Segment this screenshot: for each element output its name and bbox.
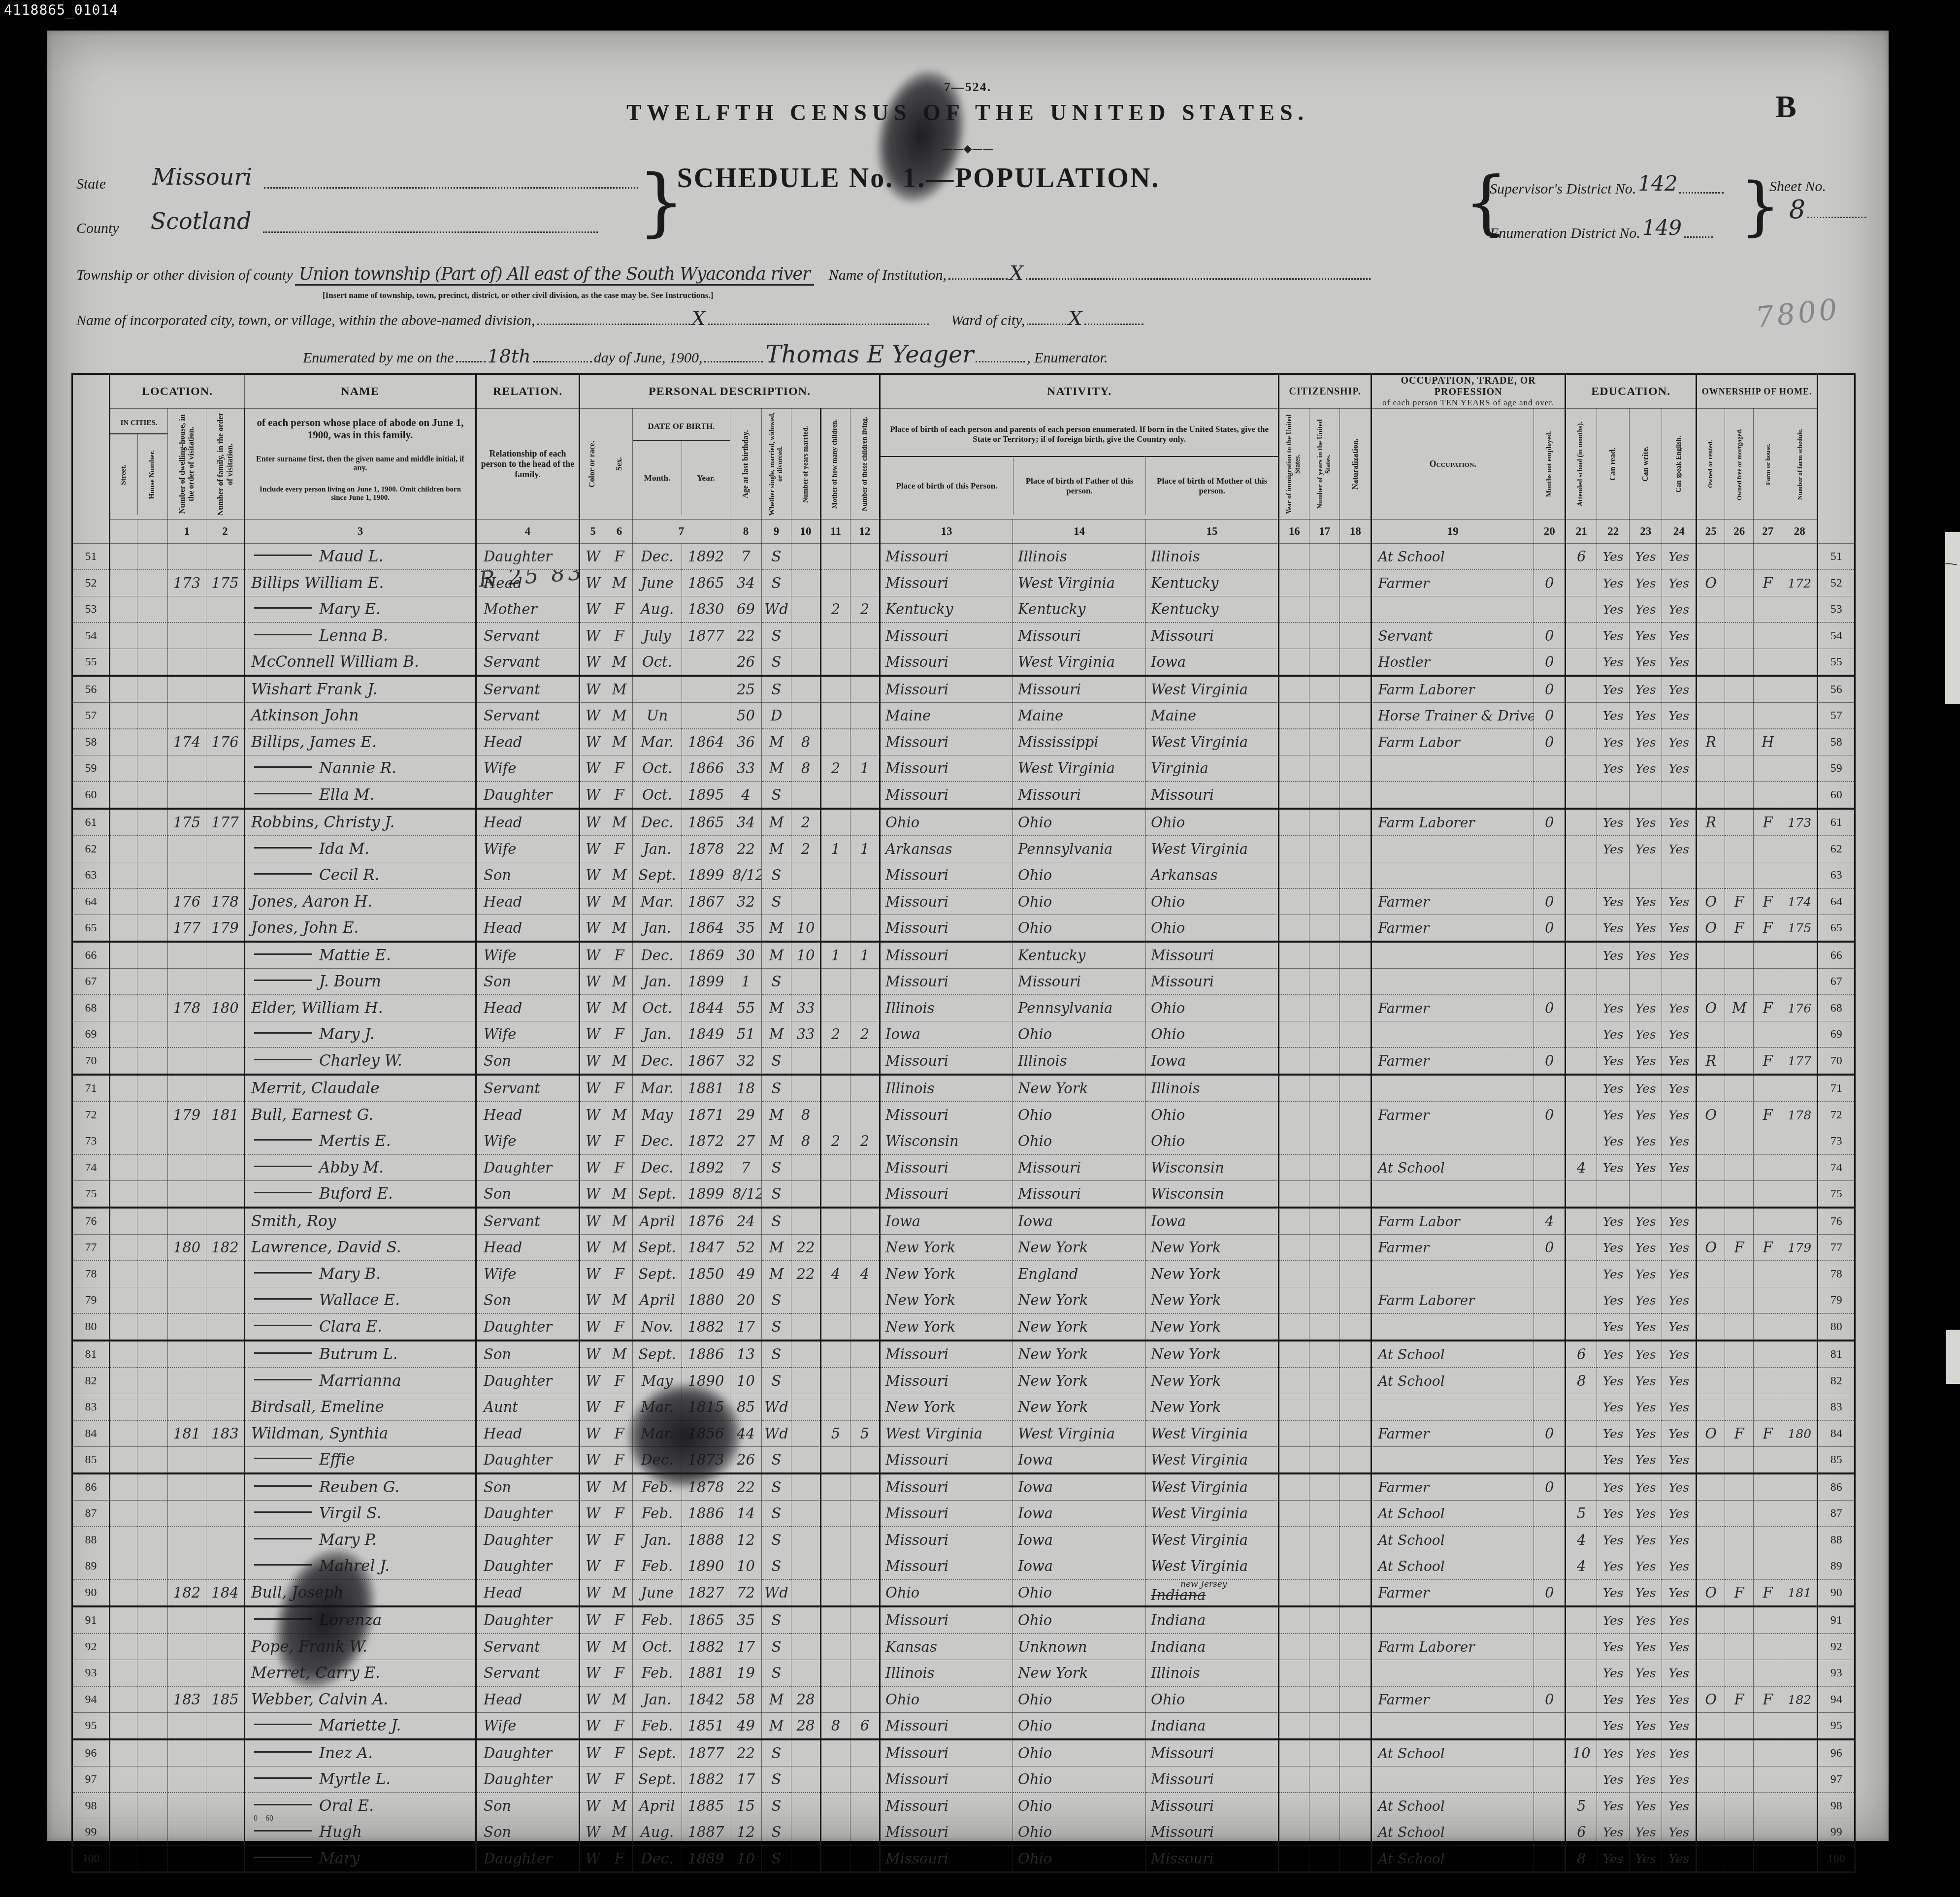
cell-months-not-employed bbox=[1534, 1845, 1566, 1872]
row-number-left: 82 bbox=[72, 1368, 110, 1394]
cell-farm-schedule bbox=[1782, 676, 1818, 703]
cell-years-in-us bbox=[1309, 836, 1340, 862]
cell-street bbox=[110, 1579, 137, 1606]
cell-color: W bbox=[580, 1075, 606, 1102]
cell-free-mortgaged bbox=[1725, 1713, 1754, 1740]
cell-color: W bbox=[580, 1766, 606, 1793]
cell-occupation: Farm Laborer bbox=[1372, 1634, 1534, 1660]
occupation-title: OCCUPATION, TRADE, OR PROFESSION bbox=[1372, 375, 1564, 398]
cell-occupation: At School bbox=[1372, 1527, 1534, 1553]
cell-birthplace-father: Ohio bbox=[1013, 1102, 1146, 1128]
cell-color: W bbox=[580, 1501, 606, 1527]
cell-relation: Daughter bbox=[476, 1553, 580, 1580]
col-num: 26 bbox=[1725, 520, 1754, 544]
cell-can-speak-english: Yes bbox=[1662, 703, 1697, 729]
cell-birthplace-mother: Missouri bbox=[1146, 969, 1279, 995]
enumerated-pre: Enumerated by me on the bbox=[303, 350, 454, 366]
cell-birthplace-person: New York bbox=[880, 1313, 1013, 1341]
cell-dwelling-number bbox=[168, 782, 206, 809]
cell-birth-year: 1881 bbox=[682, 1075, 730, 1102]
cell-children-living bbox=[850, 622, 880, 649]
cell-attended-school bbox=[1566, 862, 1597, 889]
cell-birthplace-person: Missouri bbox=[880, 1606, 1013, 1634]
cell-birthplace-mother: Ohio bbox=[1146, 1686, 1279, 1713]
cell-age: 10 bbox=[730, 1368, 762, 1394]
cell-immigration-year bbox=[1279, 782, 1309, 809]
cell-name: Clara E. bbox=[245, 1313, 476, 1341]
cell-mother-of bbox=[821, 1154, 850, 1181]
cell-can-speak-english: Yes bbox=[1662, 1394, 1697, 1421]
cell-birthplace-father: Mississippi bbox=[1013, 729, 1146, 755]
cell-immigration-year bbox=[1279, 1368, 1309, 1394]
cell-mother-of bbox=[821, 1181, 850, 1208]
cell-owned-rented bbox=[1697, 782, 1725, 809]
cell-birth-year: 1815 bbox=[682, 1394, 730, 1421]
cell-farm-schedule bbox=[1782, 969, 1818, 995]
township-field: Township or other division of county Uni… bbox=[76, 262, 1371, 285]
cell-name: Butrum L. bbox=[245, 1341, 476, 1368]
cell-birthplace-person: Iowa bbox=[880, 1021, 1013, 1048]
name-column-label: of each person whose place of abode on J… bbox=[245, 409, 476, 520]
cell-years-married bbox=[791, 622, 821, 649]
row-number-left: 94 bbox=[72, 1686, 110, 1713]
cell-years-married bbox=[791, 1154, 821, 1181]
cell-house-number bbox=[137, 1368, 168, 1394]
cell-color: W bbox=[580, 622, 606, 649]
cell-color: W bbox=[580, 1341, 606, 1368]
cell-birthplace-father: Ohio bbox=[1013, 1128, 1146, 1155]
cell-color: W bbox=[580, 836, 606, 862]
cell-birthplace-father: New York bbox=[1013, 1660, 1146, 1687]
cell-street bbox=[110, 729, 137, 755]
cell-house-number bbox=[137, 676, 168, 703]
cell-birthplace-person: Missouri bbox=[880, 1845, 1013, 1872]
cell-occupation: Farm Labor bbox=[1372, 1208, 1534, 1235]
cell-sex: M bbox=[606, 1686, 633, 1713]
cell-dwelling-number bbox=[168, 1021, 206, 1048]
cell-occupation: Farmer bbox=[1372, 1686, 1534, 1713]
col-num: 5 bbox=[580, 520, 606, 544]
cell-can-read: Yes bbox=[1597, 755, 1630, 782]
cell-family-number bbox=[206, 836, 245, 862]
cell-months-not-employed bbox=[1534, 1660, 1566, 1687]
cell-farm-schedule bbox=[1782, 1181, 1818, 1208]
cell-age: 32 bbox=[730, 1047, 762, 1075]
cell-years-married bbox=[791, 1766, 821, 1793]
cell-birth-month: Dec. bbox=[633, 1154, 682, 1181]
cell-birthplace-mother: West Virginia bbox=[1146, 1501, 1279, 1527]
cell-color: W bbox=[580, 1845, 606, 1872]
row-number-left: 97 bbox=[72, 1766, 110, 1793]
cell-relation: Daughter bbox=[476, 1447, 580, 1474]
cell-immigration-year bbox=[1279, 1102, 1309, 1128]
cell-can-speak-english: Yes bbox=[1662, 1766, 1697, 1793]
cell-naturalization bbox=[1340, 1527, 1372, 1553]
cell-attended-school bbox=[1566, 1686, 1597, 1713]
cell-birthplace-mother: West Virginia bbox=[1146, 1527, 1279, 1553]
cell-farm-schedule bbox=[1782, 1261, 1818, 1287]
cell-years-in-us bbox=[1309, 1527, 1340, 1553]
cell-free-mortgaged bbox=[1725, 1128, 1754, 1155]
street-column-label: Street. bbox=[120, 464, 128, 485]
children-living-column-label: Number of these children living. bbox=[850, 409, 880, 520]
cell-street bbox=[110, 1447, 137, 1474]
cell-years-married: 8 bbox=[791, 1128, 821, 1155]
cell-birthplace-person: Missouri bbox=[880, 1739, 1013, 1766]
cell-mother-of bbox=[821, 1473, 850, 1501]
cell-street bbox=[110, 1208, 137, 1235]
cell-birth-year bbox=[682, 703, 730, 729]
cell-can-speak-english: Yes bbox=[1662, 1075, 1697, 1102]
cell-relation: Head bbox=[476, 888, 580, 915]
cell-birthplace-father: West Virginia bbox=[1013, 755, 1146, 782]
cell-family-number bbox=[206, 1075, 245, 1102]
cell-sex: M bbox=[606, 809, 633, 836]
cell-birthplace-mother: Illinois bbox=[1146, 1075, 1279, 1102]
cell-owned-rented bbox=[1697, 1501, 1725, 1527]
cell-free-mortgaged: M bbox=[1725, 995, 1754, 1021]
cell-house-number bbox=[137, 622, 168, 649]
cell-months-not-employed: 0 bbox=[1534, 1235, 1566, 1261]
cell-birthplace-person: Illinois bbox=[880, 1660, 1013, 1687]
cell-free-mortgaged bbox=[1725, 1793, 1754, 1819]
cell-immigration-year bbox=[1279, 649, 1309, 676]
cell-owned-rented bbox=[1697, 1394, 1725, 1421]
cell-birthplace-father: Iowa bbox=[1013, 1208, 1146, 1235]
cell-free-mortgaged bbox=[1725, 1527, 1754, 1553]
cell-can-speak-english: Yes bbox=[1662, 1047, 1697, 1075]
cell-naturalization bbox=[1340, 755, 1372, 782]
cell-relation: Wife bbox=[476, 1128, 580, 1155]
enumerated-day: 18th bbox=[488, 345, 531, 367]
cell-owned-rented bbox=[1697, 596, 1725, 623]
cell-dwelling-number: 179 bbox=[168, 1102, 206, 1128]
cell-relation: Servant bbox=[476, 649, 580, 676]
cell-age: 36 bbox=[730, 729, 762, 755]
month-column-label: Month. bbox=[633, 441, 682, 515]
family-column-label: Number of family, in the order of visita… bbox=[206, 409, 245, 520]
cell-attended-school bbox=[1566, 915, 1597, 942]
cell-can-write: Yes bbox=[1630, 1313, 1662, 1341]
cell-free-mortgaged bbox=[1725, 1181, 1754, 1208]
cell-dwelling-number: 176 bbox=[168, 888, 206, 915]
cell-mother-of bbox=[821, 729, 850, 755]
cell-street bbox=[110, 570, 137, 596]
cell-immigration-year bbox=[1279, 1075, 1309, 1102]
row-number-right: 52 bbox=[1818, 570, 1855, 596]
cell-farm-house bbox=[1754, 1021, 1782, 1048]
cell-birthplace-mother: Indiana bbox=[1146, 1713, 1279, 1740]
cell-name: McConnell William B. bbox=[245, 649, 476, 676]
cell-farm-schedule bbox=[1782, 1793, 1818, 1819]
cell-months-not-employed bbox=[1534, 1634, 1566, 1660]
cell-can-speak-english: Yes bbox=[1662, 1473, 1697, 1501]
cell-birthplace-person: New York bbox=[880, 1261, 1013, 1287]
table-body: 51 Maud L. Daughter W F Dec. 1892 7 S Mi… bbox=[72, 544, 1855, 1873]
row-number-right: 77 bbox=[1818, 1235, 1855, 1261]
cell-house-number bbox=[137, 942, 168, 969]
cell-color: W bbox=[580, 1208, 606, 1235]
cell-dwelling-number bbox=[168, 1154, 206, 1181]
cell-birthplace-father: West Virginia bbox=[1013, 649, 1146, 676]
cell-family-number bbox=[206, 1793, 245, 1819]
cell-farm-house bbox=[1754, 676, 1782, 703]
cell-birthplace-person: Missouri bbox=[880, 1473, 1013, 1501]
row-number-right: 62 bbox=[1818, 836, 1855, 862]
attended-school-column-label: Attended school (in months). bbox=[1566, 409, 1597, 520]
cell-relation: Daughter bbox=[476, 1368, 580, 1394]
cell-birthplace-father: Ohio bbox=[1013, 1845, 1146, 1872]
cell-sex: F bbox=[606, 1021, 633, 1048]
cell-marital-status: M bbox=[762, 755, 791, 782]
cell-family-number: 182 bbox=[206, 1235, 245, 1261]
cell-color: W bbox=[580, 782, 606, 809]
cell-birthplace-person: New York bbox=[880, 1287, 1013, 1314]
cell-marital-status: S bbox=[762, 1819, 791, 1846]
state-value: Missouri bbox=[152, 164, 252, 190]
cell-birthplace-father: Missouri bbox=[1013, 622, 1146, 649]
cell-mother-of: 4 bbox=[821, 1261, 850, 1287]
cell-years-married bbox=[791, 969, 821, 995]
cell-farm-schedule bbox=[1782, 1208, 1818, 1235]
cell-owned-rented bbox=[1697, 649, 1725, 676]
cell-birth-year: 1871 bbox=[682, 1102, 730, 1128]
cell-occupation: Farm Laborer bbox=[1372, 809, 1534, 836]
cell-relation: Daughter bbox=[476, 1527, 580, 1553]
cell-years-in-us bbox=[1309, 676, 1340, 703]
row-number-left: 98 bbox=[72, 1793, 110, 1819]
row-number-left: 59 bbox=[72, 755, 110, 782]
cell-birthplace-mother: Ohio bbox=[1146, 1021, 1279, 1048]
cell-years-married bbox=[791, 1579, 821, 1606]
cell-birthplace-person: New York bbox=[880, 1394, 1013, 1421]
table-row: 86 Reuben G. Son W M Feb. 1878 22 S Miss… bbox=[72, 1473, 1855, 1501]
cell-occupation: At School bbox=[1372, 1501, 1534, 1527]
cell-years-in-us bbox=[1309, 1021, 1340, 1048]
cell-street bbox=[110, 1021, 137, 1048]
cell-can-write: Yes bbox=[1630, 729, 1662, 755]
cell-can-read: Yes bbox=[1597, 1819, 1630, 1846]
cell-relation: Head bbox=[476, 1420, 580, 1447]
cell-birthplace-mother: Iowa bbox=[1146, 1047, 1279, 1075]
row-number-left: 57 bbox=[72, 703, 110, 729]
cell-can-speak-english: Yes bbox=[1662, 1713, 1697, 1740]
cell-can-speak-english: Yes bbox=[1662, 1368, 1697, 1394]
row-number-left: 92 bbox=[72, 1634, 110, 1660]
cell-birthplace-father: Iowa bbox=[1013, 1553, 1146, 1580]
cell-mother-of bbox=[821, 1394, 850, 1421]
cell-marital-status: M bbox=[762, 729, 791, 755]
cell-free-mortgaged bbox=[1725, 703, 1754, 729]
cell-free-mortgaged bbox=[1725, 729, 1754, 755]
cell-farm-schedule: 175 bbox=[1782, 915, 1818, 942]
row-number-left: 68 bbox=[72, 995, 110, 1021]
cell-street bbox=[110, 1660, 137, 1687]
cell-mother-of bbox=[821, 1634, 850, 1660]
cell-years-married bbox=[791, 1447, 821, 1474]
cell-dwelling-number bbox=[168, 1341, 206, 1368]
state-field: State Missouri bbox=[76, 167, 584, 194]
row-number-right: 58 bbox=[1818, 729, 1855, 755]
row-number-right: 81 bbox=[1818, 1341, 1855, 1368]
cell-owned-rented: O bbox=[1697, 1102, 1725, 1128]
cell-years-in-us bbox=[1309, 703, 1340, 729]
cell-can-speak-english: Yes bbox=[1662, 1527, 1697, 1553]
cell-free-mortgaged bbox=[1725, 649, 1754, 676]
cell-occupation: Farmer bbox=[1372, 1420, 1534, 1447]
education-group-header: EDUCATION. bbox=[1566, 374, 1697, 409]
cell-can-read: Yes bbox=[1597, 915, 1630, 942]
cell-occupation: At School bbox=[1372, 1819, 1534, 1846]
cell-family-number bbox=[206, 862, 245, 889]
cell-relation: Head bbox=[476, 1579, 580, 1606]
cell-birth-year: 1882 bbox=[682, 1634, 730, 1660]
cell-color: W bbox=[580, 1739, 606, 1766]
cell-attended-school: 4 bbox=[1566, 1553, 1597, 1580]
col-num: 6 bbox=[606, 520, 633, 544]
mother-of-column-label: Mother of how many children. bbox=[821, 409, 850, 520]
cell-months-not-employed bbox=[1534, 942, 1566, 969]
cell-birthplace-mother: Missouri bbox=[1146, 1845, 1279, 1872]
cell-can-speak-english bbox=[1662, 782, 1697, 809]
cell-can-speak-english: Yes bbox=[1662, 729, 1697, 755]
cell-relation: Mother bbox=[476, 596, 580, 623]
row-number-left: 71 bbox=[72, 1075, 110, 1102]
cell-naturalization bbox=[1340, 995, 1372, 1021]
cell-relation: Servant bbox=[476, 703, 580, 729]
cell-years-in-us bbox=[1309, 596, 1340, 623]
cell-birth-month: Dec. bbox=[633, 1845, 682, 1872]
cell-can-write: Yes bbox=[1630, 1047, 1662, 1075]
cell-sex: F bbox=[606, 1394, 633, 1421]
cell-dwelling-number bbox=[168, 836, 206, 862]
cell-occupation bbox=[1372, 782, 1534, 809]
cell-age: 10 bbox=[730, 1845, 762, 1872]
cell-birth-month: May bbox=[633, 1368, 682, 1394]
cell-naturalization bbox=[1340, 1634, 1372, 1660]
row-number-left: 96 bbox=[72, 1739, 110, 1766]
cell-years-married: 8 bbox=[791, 1102, 821, 1128]
row-number-right: 95 bbox=[1818, 1713, 1855, 1740]
cell-years-in-us bbox=[1309, 1579, 1340, 1606]
cell-farm-schedule bbox=[1782, 1368, 1818, 1394]
cell-name: Bull, Joseph bbox=[245, 1579, 476, 1606]
cell-sex: F bbox=[606, 836, 633, 862]
cell-house-number bbox=[137, 703, 168, 729]
cell-color: W bbox=[580, 969, 606, 995]
cell-birth-month: Jan. bbox=[633, 1686, 682, 1713]
cell-family-number bbox=[206, 1527, 245, 1553]
cell-house-number bbox=[137, 1660, 168, 1687]
cell-street bbox=[110, 969, 137, 995]
cell-birth-month: Feb. bbox=[633, 1713, 682, 1740]
cell-can-read bbox=[1597, 862, 1630, 889]
cell-can-read: Yes bbox=[1597, 1313, 1630, 1341]
cell-birth-month: Sept. bbox=[633, 1766, 682, 1793]
cell-family-number bbox=[206, 782, 245, 809]
cell-attended-school: 6 bbox=[1566, 1341, 1597, 1368]
cell-sex: F bbox=[606, 1606, 633, 1634]
citizenship-group-header: CITIZENSHIP. bbox=[1279, 374, 1372, 409]
cell-sex: M bbox=[606, 570, 633, 596]
cell-marital-status: S bbox=[762, 1660, 791, 1687]
cell-naturalization bbox=[1340, 1047, 1372, 1075]
nativity-desc: Place of birth of each person and parent… bbox=[881, 413, 1278, 457]
cell-sex: M bbox=[606, 1102, 633, 1128]
cell-birthplace-person: Missouri bbox=[880, 676, 1013, 703]
cell-immigration-year bbox=[1279, 942, 1309, 969]
cell-years-in-us bbox=[1309, 1553, 1340, 1580]
cell-birthplace-mother: New York bbox=[1146, 1261, 1279, 1287]
cell-house-number bbox=[137, 1075, 168, 1102]
cell-birthplace-mother: Kentucky bbox=[1146, 596, 1279, 623]
cell-years-married bbox=[791, 888, 821, 915]
cell-naturalization bbox=[1340, 888, 1372, 915]
cell-attended-school bbox=[1566, 1660, 1597, 1687]
cell-children-living bbox=[850, 1793, 880, 1819]
cell-farm-house bbox=[1754, 1793, 1782, 1819]
cell-free-mortgaged bbox=[1725, 1553, 1754, 1580]
cell-relation: Son bbox=[476, 1341, 580, 1368]
cell-relation: Son bbox=[476, 969, 580, 995]
cell-family-number: 178 bbox=[206, 888, 245, 915]
row-number-right: 82 bbox=[1818, 1368, 1855, 1394]
cell-birthplace-father: Missouri bbox=[1013, 1181, 1146, 1208]
cell-occupation: Servant bbox=[1372, 622, 1534, 649]
cell-relation: Aunt bbox=[476, 1394, 580, 1421]
cell-birthplace-person: Missouri bbox=[880, 570, 1013, 596]
cell-family-number: 185 bbox=[206, 1686, 245, 1713]
row-number-left: 54 bbox=[72, 622, 110, 649]
cell-marital-status: S bbox=[762, 1368, 791, 1394]
cell-years-married: 28 bbox=[791, 1713, 821, 1740]
cell-age: 22 bbox=[730, 1739, 762, 1766]
cell-children-living: 2 bbox=[850, 1021, 880, 1048]
cell-years-in-us bbox=[1309, 1235, 1340, 1261]
cell-free-mortgaged bbox=[1725, 1047, 1754, 1075]
cell-farm-schedule bbox=[1782, 1553, 1818, 1580]
cell-farm-schedule: 176 bbox=[1782, 995, 1818, 1021]
cell-marital-status: M bbox=[762, 995, 791, 1021]
cell-farm-house bbox=[1754, 1473, 1782, 1501]
cell-years-married bbox=[791, 1845, 821, 1872]
row-number-left: 72 bbox=[72, 1102, 110, 1128]
cell-can-write: Yes bbox=[1630, 1341, 1662, 1368]
cell-birthplace-mother: Iowa bbox=[1146, 649, 1279, 676]
can-speak-english-column-label: Can speak English. bbox=[1662, 409, 1697, 520]
cell-birthplace-mother: Illinois bbox=[1146, 544, 1279, 570]
table-row: 63 Cecil R. Son W M Sept. 1899 8/12 S Mi… bbox=[72, 862, 1855, 889]
cell-free-mortgaged bbox=[1725, 1845, 1754, 1872]
cell-birthplace-mother: West Virginia bbox=[1146, 1553, 1279, 1580]
page-letter: B bbox=[1775, 89, 1797, 125]
cell-mother-of: 1 bbox=[821, 836, 850, 862]
cell-street bbox=[110, 1394, 137, 1421]
cell-family-number bbox=[206, 676, 245, 703]
name-group-header: NAME bbox=[245, 374, 476, 409]
cell-free-mortgaged bbox=[1725, 1606, 1754, 1634]
cell-age: 27 bbox=[730, 1128, 762, 1155]
cell-can-write: Yes bbox=[1630, 1102, 1662, 1128]
cell-can-speak-english: Yes bbox=[1662, 1634, 1697, 1660]
cell-dwelling-number bbox=[168, 1501, 206, 1527]
row-number-right: 76 bbox=[1818, 1208, 1855, 1235]
cell-relation: Son bbox=[476, 1287, 580, 1314]
cell-owned-rented bbox=[1697, 1819, 1725, 1846]
cell-color: W bbox=[580, 1313, 606, 1341]
cell-months-not-employed bbox=[1534, 1128, 1566, 1155]
cell-family-number bbox=[206, 942, 245, 969]
